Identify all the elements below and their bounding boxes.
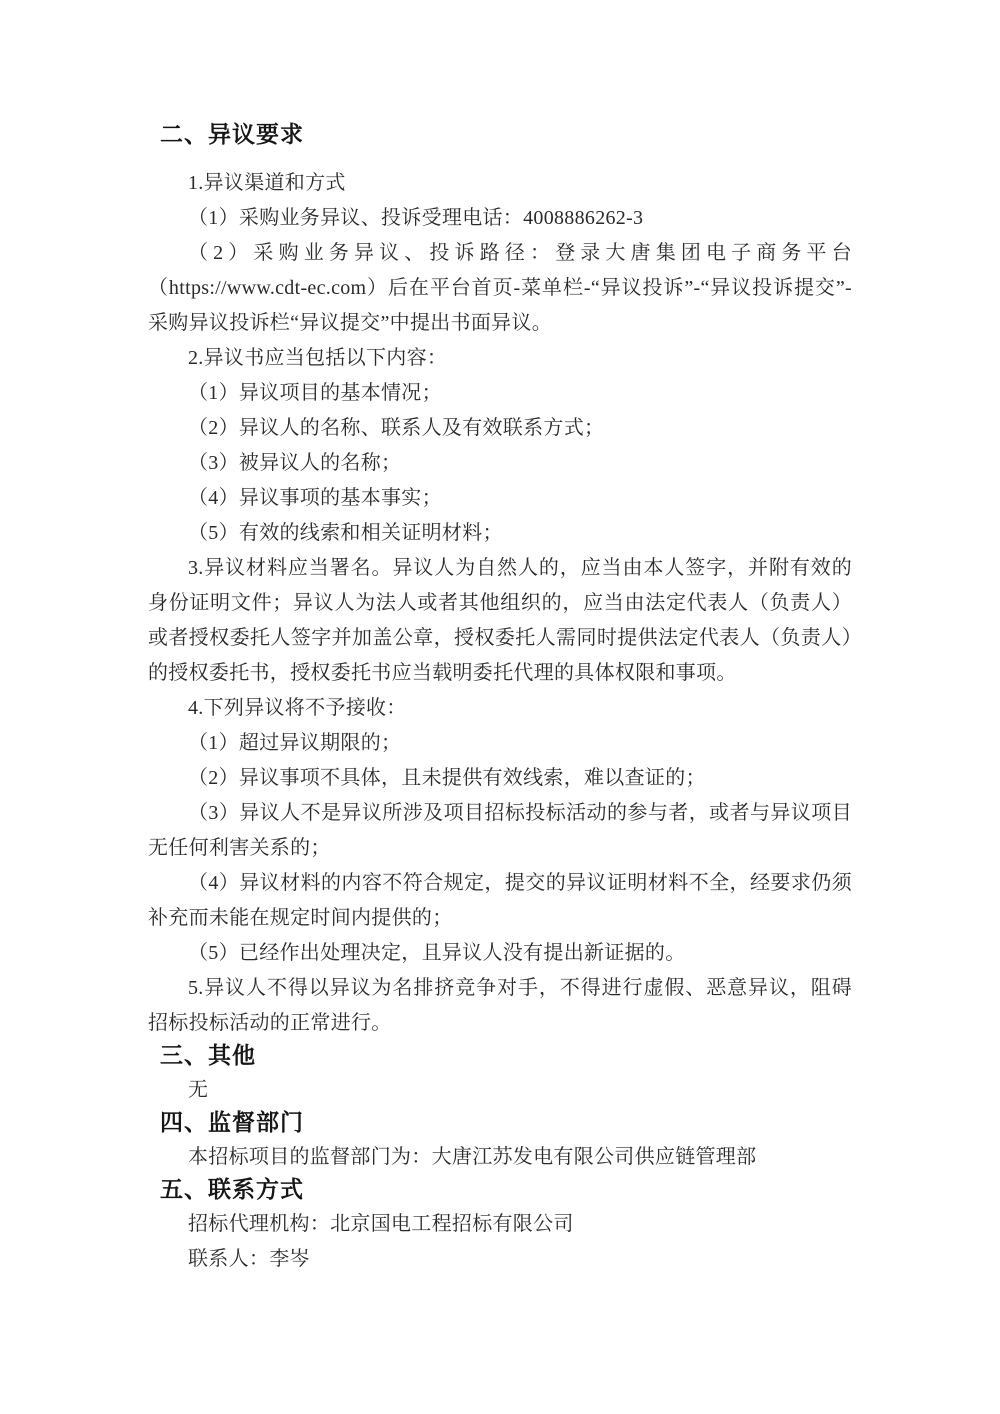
paragraph-no-malicious-objection: 5.异议人不得以异议为名排挤竞争对手，不得进行虚假、恶意异议，阻碍招标投标活动的… bbox=[148, 971, 852, 1041]
paragraph-item: （2）异议事项不具体，且未提供有效线索，难以查证的； bbox=[148, 761, 852, 796]
paragraph-rejection-intro: 4.下列异议将不予接收： bbox=[148, 691, 852, 726]
paragraph-item: （3）异议人不是异议所涉及项目招标投标活动的参与者，或者与异议项目无任何利害关系… bbox=[148, 796, 852, 866]
paragraph-objection-letter-contents: 2.异议书应当包括以下内容： bbox=[148, 341, 852, 376]
paragraph-contact-agency: 招标代理机构：北京国电工程招标有限公司 bbox=[148, 1207, 852, 1242]
paragraph-objection-channels: 1.异议渠道和方式 bbox=[148, 166, 852, 201]
section-heading-other: 三、其他 bbox=[148, 1037, 852, 1073]
section-heading-supervision: 四、监督部门 bbox=[148, 1104, 852, 1140]
paragraph-objection-path: （2）采购业务异议、投诉路径：登录大唐集团电子商务平台（https://www.… bbox=[148, 236, 852, 341]
paragraph-item: （4）异议材料的内容不符合规定，提交的异议证明材料不全，经要求仍须补充而未能在规… bbox=[148, 866, 852, 936]
paragraph-item: （5）已经作出处理决定，且异议人没有提出新证据的。 bbox=[148, 936, 852, 971]
paragraph-objection-hotline: （1）采购业务异议、投诉受理电话：4008886262-3 bbox=[148, 201, 852, 236]
paragraph-item: （4）异议事项的基本事实； bbox=[148, 481, 852, 516]
paragraph-other-none: 无 bbox=[148, 1073, 852, 1108]
section-heading-contact: 五、联系方式 bbox=[148, 1171, 852, 1207]
paragraph-item: （2）异议人的名称、联系人及有效联系方式； bbox=[148, 411, 852, 446]
paragraph-item: （1）超过异议期限的； bbox=[148, 726, 852, 761]
document-page: 二、异议要求 1.异议渠道和方式 （1）采购业务异议、投诉受理电话：400888… bbox=[0, 0, 1000, 1414]
paragraph-supervision-department: 本招标项目的监督部门为：大唐江苏发电有限公司供应链管理部 bbox=[148, 1140, 852, 1175]
paragraph-contact-person: 联系人：李岑 bbox=[148, 1242, 852, 1277]
paragraph-item: （1）异议项目的基本情况； bbox=[148, 376, 852, 411]
paragraph-item: （3）被异议人的名称； bbox=[148, 446, 852, 481]
paragraph-signature-rules: 3.异议材料应当署名。异议人为自然人的，应当由本人签字，并附有效的身份证明文件；… bbox=[148, 551, 852, 691]
section-heading-objection: 二、异议要求 bbox=[148, 116, 852, 152]
paragraph-item: （5）有效的线索和相关证明材料； bbox=[148, 516, 852, 551]
